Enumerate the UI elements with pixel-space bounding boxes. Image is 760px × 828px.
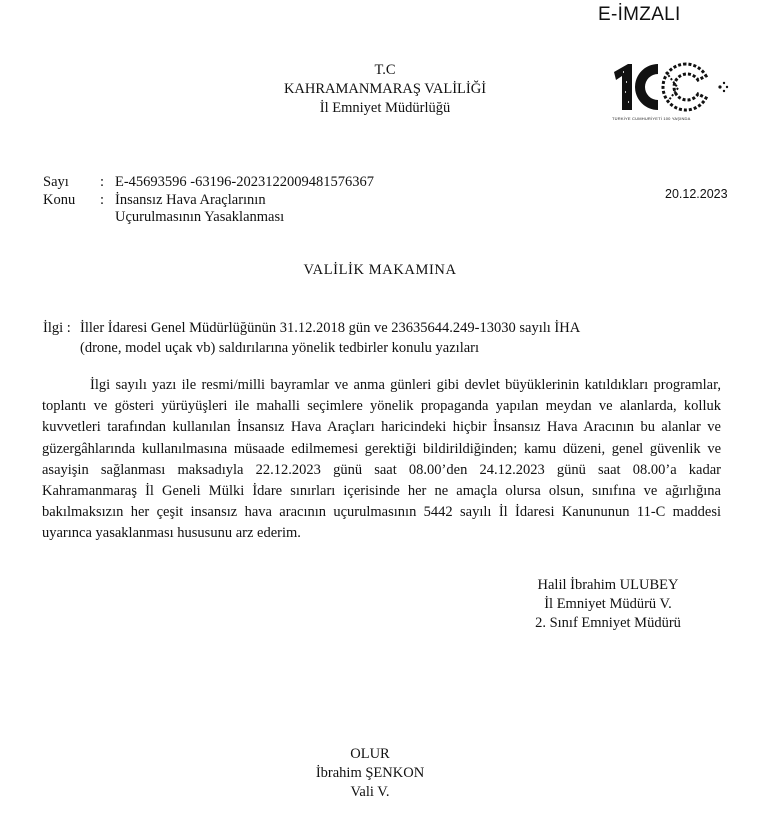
reference-text: İller İdaresi Genel Müdürlüğünün 31.12.2…	[80, 318, 743, 358]
signer-name: Halil İbrahim ULUBEY	[508, 576, 708, 595]
sayi-label: Sayı	[43, 174, 100, 192]
letterhead-department: İl Emniyet Müdürlüğü	[250, 99, 520, 118]
reference-line-2: (drone, model uçak vb) saldırılarına yön…	[80, 338, 743, 358]
konu-line-1: İnsansız Hava Araçlarının	[115, 192, 284, 210]
reference-block: İlgi : İller İdaresi Genel Müdürlüğünün …	[43, 318, 743, 358]
approval-label: OLUR	[280, 745, 460, 764]
konu-label: Konu	[43, 192, 100, 227]
signature-block: Halil İbrahim ULUBEY İl Emniyet Müdürü V…	[508, 576, 708, 633]
sayi-colon: :	[100, 174, 115, 192]
e-signed-stamp: E-İMZALI	[598, 4, 681, 26]
konu-row: Konu : İnsansız Hava Araçlarının Uçurulm…	[43, 192, 374, 227]
approver-name: İbrahim ŞENKON	[280, 764, 460, 783]
reference-line-1: İller İdaresi Genel Müdürlüğünün 31.12.2…	[80, 318, 743, 338]
document-date: 20.12.2023	[665, 187, 728, 201]
letterhead-tc: T.C	[250, 61, 520, 80]
konu-value: İnsansız Hava Araçlarının Uçurulmasının …	[115, 192, 284, 227]
konu-line-2: Uçurulmasının Yasaklanması	[115, 209, 284, 227]
konu-colon: :	[100, 192, 115, 227]
document-meta: Sayı : E-45693596 -63196-202312200948157…	[43, 174, 374, 227]
approval-block: OLUR İbrahim ŞENKON Vali V.	[280, 745, 460, 802]
letterhead-governorship: KAHRAMANMARAŞ VALİLİĞİ	[250, 80, 520, 99]
addressee: VALİLİK MAKAMINA	[0, 262, 760, 279]
signer-title: İl Emniyet Müdürü V.	[508, 595, 708, 614]
body-paragraph: İlgi sayılı yazı ile resmi/milli bayraml…	[42, 375, 721, 545]
sayi-row: Sayı : E-45693596 -63196-202312200948157…	[43, 174, 374, 192]
sayi-value: E-45693596 -63196-2023122009481576367	[115, 174, 374, 192]
reference-label: İlgi :	[43, 318, 80, 358]
reference-row: İlgi : İller İdaresi Genel Müdürlüğünün …	[43, 318, 743, 358]
letterhead: T.C KAHRAMANMARAŞ VALİLİĞİ İl Emniyet Mü…	[250, 61, 520, 118]
logo-caption: TÜRKİYE CUMHURİYETİ 100 YAŞINDA	[612, 116, 722, 121]
centenary-logo-icon	[606, 58, 736, 118]
approver-title: Vali V.	[280, 783, 460, 802]
signer-rank: 2. Sınıf Emniyet Müdürü	[508, 614, 708, 633]
